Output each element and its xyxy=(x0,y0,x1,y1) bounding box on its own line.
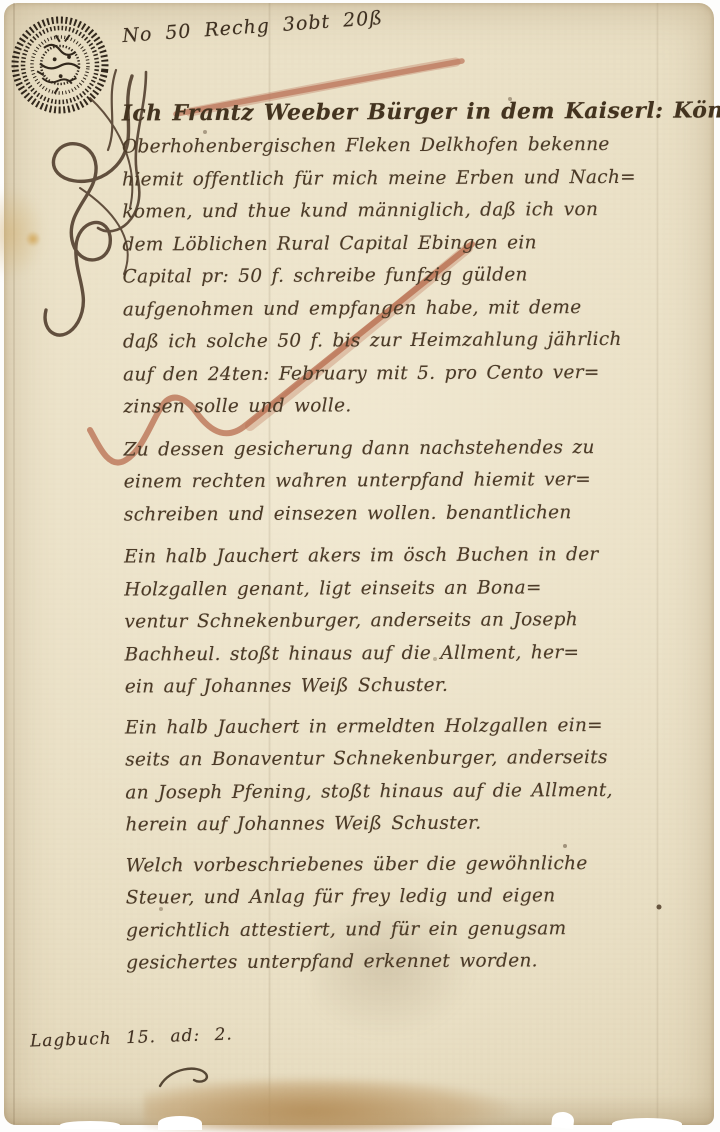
paper-edge-shading xyxy=(4,1095,714,1125)
text-line: dem Löblichen Rural Capital Ebingen ein xyxy=(122,226,700,262)
text-line: seits an Bonaventur Schnekenburger, ande… xyxy=(125,741,703,777)
text-line: Oberhohenbergischen Fleken Delkhofen bek… xyxy=(122,128,700,164)
text-line: Welch vorbeschriebenes über die gewöhnli… xyxy=(126,847,704,883)
text-line: ein auf Johannes Weiß Schuster. xyxy=(125,668,703,704)
fold-crease xyxy=(13,3,15,1125)
text-line: Capital pr: 50 f. schreibe funfzig gülde… xyxy=(123,258,701,294)
ink-specks xyxy=(4,3,6,5)
text-line: Steuer, und Anlag für frey ledig und eig… xyxy=(126,879,704,915)
text-line: ventur Schnekenburger, anderseits an Jos… xyxy=(124,603,702,639)
text-line: herein auf Johannes Weiß Schuster. xyxy=(125,806,703,842)
paragraph: Oberhohenbergischen Fleken Delkhofen bek… xyxy=(122,128,702,424)
paragraph: Welch vorbeschriebenes über die gewöhnli… xyxy=(126,847,705,980)
text-line: einem rechten wahren unterpfand hiemit v… xyxy=(124,463,702,499)
text-line: Holzgallen genant, ligt einseits an Bona… xyxy=(124,571,702,607)
paragraph: Ein halb Jauchert in ermeldten Holzgalle… xyxy=(125,709,704,842)
paper-stain xyxy=(26,231,40,247)
manuscript-text: Ich Frantz Weeber Bürger in dem Kaiserl:… xyxy=(122,92,705,980)
text-line: schreiben und einsezen wollen. benantlic… xyxy=(124,496,702,532)
text-line: gesichertes unterpfand erkennet worden. xyxy=(126,944,704,980)
paragraph: Ein halb Jauchert akers im ösch Buchen i… xyxy=(124,538,703,704)
text-line: daß ich solche 50 f. bis zur Heimzahlung… xyxy=(123,323,701,359)
text-line: Zu dessen gesicherung dann nachstehendes… xyxy=(123,431,701,467)
water-stain xyxy=(184,1085,434,1131)
scanned-document-photo: No 50 Rechg 3obt 20ß Ich Frantz Weeber B… xyxy=(0,0,720,1132)
text-line: gerichtlich attestiert, und für ein genu… xyxy=(126,912,704,948)
paragraph: Zu dessen gesicherung dann nachstehendes… xyxy=(123,431,702,532)
text-line: Ein halb Jauchert in ermeldten Holzgalle… xyxy=(125,709,703,745)
text-line: an Joseph Pfening, stoßt hinaus auf die … xyxy=(125,774,703,810)
text-line: komen, und thue kund männiglich, daß ich… xyxy=(122,193,700,229)
text-line: auf den 24ten: February mit 5. pro Cento… xyxy=(123,356,701,392)
text-line: aufgenohmen und empfangen habe, mit deme xyxy=(123,291,701,327)
opening-line: Ich Frantz Weeber Bürger in dem Kaiserl:… xyxy=(122,92,700,131)
text-line: Ein halb Jauchert akers im ösch Buchen i… xyxy=(124,538,702,574)
text-line: Bachheul. stoßt hinaus auf die Allment, … xyxy=(125,636,703,672)
water-stain xyxy=(144,1069,584,1131)
text-line: hiemit offentlich für mich meine Erben u… xyxy=(122,161,700,197)
text-line: zinsen solle und wolle. xyxy=(123,388,701,424)
paper-stain xyxy=(0,188,44,278)
